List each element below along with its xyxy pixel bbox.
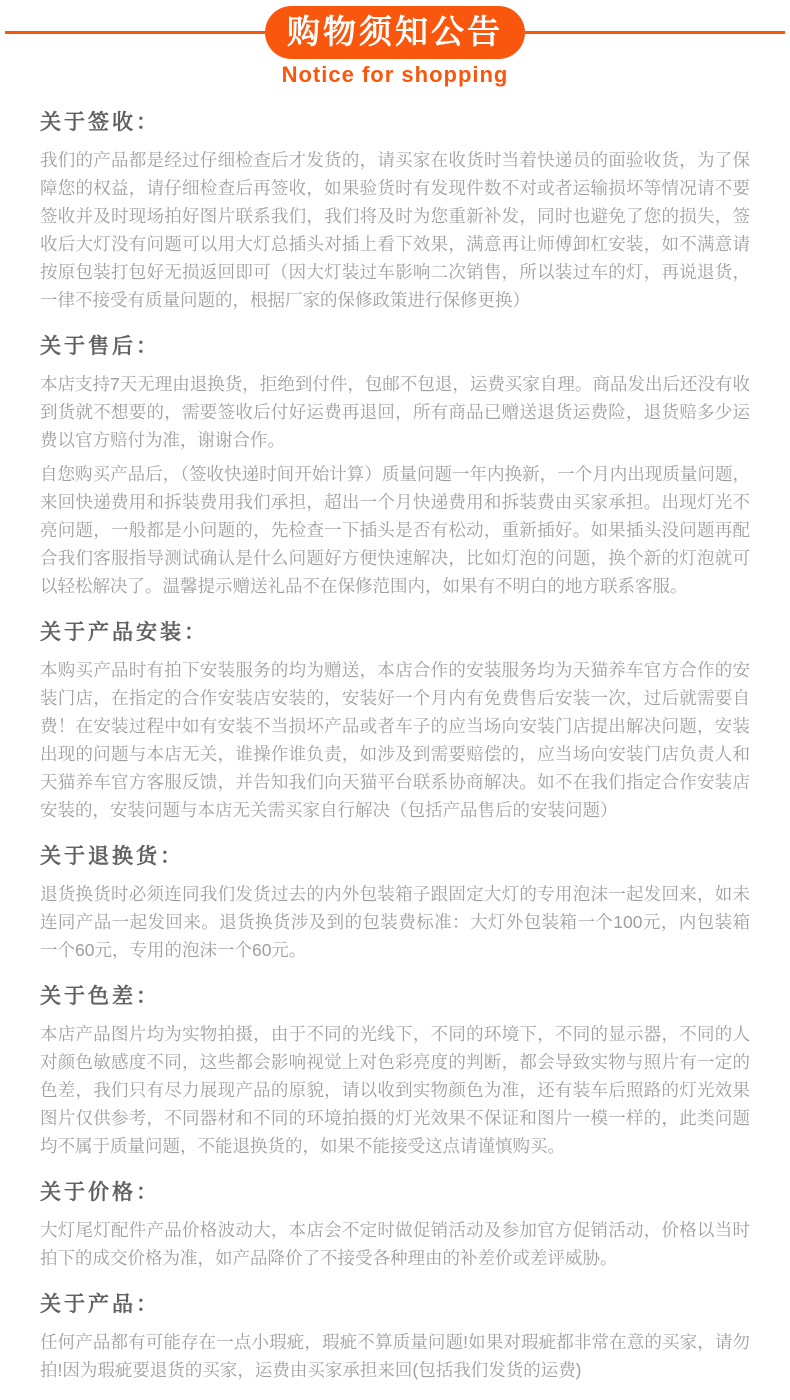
section-heading: 关于退换货： — [40, 840, 750, 870]
section-paragraph: 自您购买产品后，（签收快递时间开始计算）质量问题一年内换新，一个月内出现质量问题… — [40, 460, 750, 600]
section-heading: 关于色差： — [40, 980, 750, 1010]
section-paragraph: 本店支持7天无理由退换货，拒绝到付件，包邮不包退，运费买家自理。商品发出后还没有… — [40, 370, 750, 454]
notice-content: 关于签收： 我们的产品都是经过仔细检查后才发货的，请买家在收货时当着快递员的面验… — [0, 88, 790, 1400]
section-color-difference: 关于色差： 本店产品图片均为实物拍摄，由于不同的光线下，不同的环境下，不同的显示… — [40, 980, 750, 1160]
section-heading: 关于价格： — [40, 1176, 750, 1206]
section-heading: 关于产品： — [40, 1288, 750, 1318]
section-price: 关于价格： 大灯尾灯配件产品价格波动大，本店会不定时做促销活动及参加官方促销活动… — [40, 1176, 750, 1272]
banner-title-pill: 购物须知公告 — [265, 6, 525, 59]
banner-line-right — [525, 31, 785, 34]
banner-line-left — [5, 31, 265, 34]
section-paragraph: 大灯尾灯配件产品价格波动大，本店会不定时做促销活动及参加官方促销活动，价格以当时… — [40, 1216, 750, 1272]
section-installation: 关于产品安装： 本购买产品时有拍下安装服务的均为赠送，本店合作的安装服务均为天猫… — [40, 616, 750, 824]
section-paragraph: 本店产品图片均为实物拍摄，由于不同的光线下，不同的环境下，不同的显示器，不同的人… — [40, 1020, 750, 1160]
section-paragraph: 任何产品都有可能存在一点小瑕疵，瑕疵不算质量问题!如果对瑕疵都非常在意的买家，请… — [40, 1328, 750, 1384]
section-returns: 关于退换货： 退货换货时必须连同我们发货过去的内外包装箱子跟固定大灯的专用泡沫一… — [40, 840, 750, 964]
section-heading: 关于售后： — [40, 330, 750, 360]
banner-row: 购物须知公告 — [0, 0, 790, 59]
banner-title: 购物须知公告 — [287, 13, 503, 50]
section-receipt: 关于签收： 我们的产品都是经过仔细检查后才发货的，请买家在收货时当着快递员的面验… — [40, 106, 750, 314]
section-heading: 关于签收： — [40, 106, 750, 136]
section-paragraph: 我们的产品都是经过仔细检查后才发货的，请买家在收货时当着快递员的面验收货，为了保… — [40, 146, 750, 314]
section-heading: 关于产品安装： — [40, 616, 750, 646]
banner-subtitle: Notice for shopping — [0, 62, 790, 88]
section-product: 关于产品： 任何产品都有可能存在一点小瑕疵，瑕疵不算质量问题!如果对瑕疵都非常在… — [40, 1288, 750, 1384]
shopping-notice-page: 购物须知公告 Notice for shopping 关于签收： 我们的产品都是… — [0, 0, 790, 1400]
section-paragraph: 退货换货时必须连同我们发货过去的内外包装箱子跟固定大灯的专用泡沫一起发回来，如未… — [40, 880, 750, 964]
notice-banner: 购物须知公告 Notice for shopping — [0, 0, 790, 88]
section-after-sales: 关于售后： 本店支持7天无理由退换货，拒绝到付件，包邮不包退，运费买家自理。商品… — [40, 330, 750, 600]
section-paragraph: 本购买产品时有拍下安装服务的均为赠送，本店合作的安装服务均为天猫养车官方合作的安… — [40, 656, 750, 824]
